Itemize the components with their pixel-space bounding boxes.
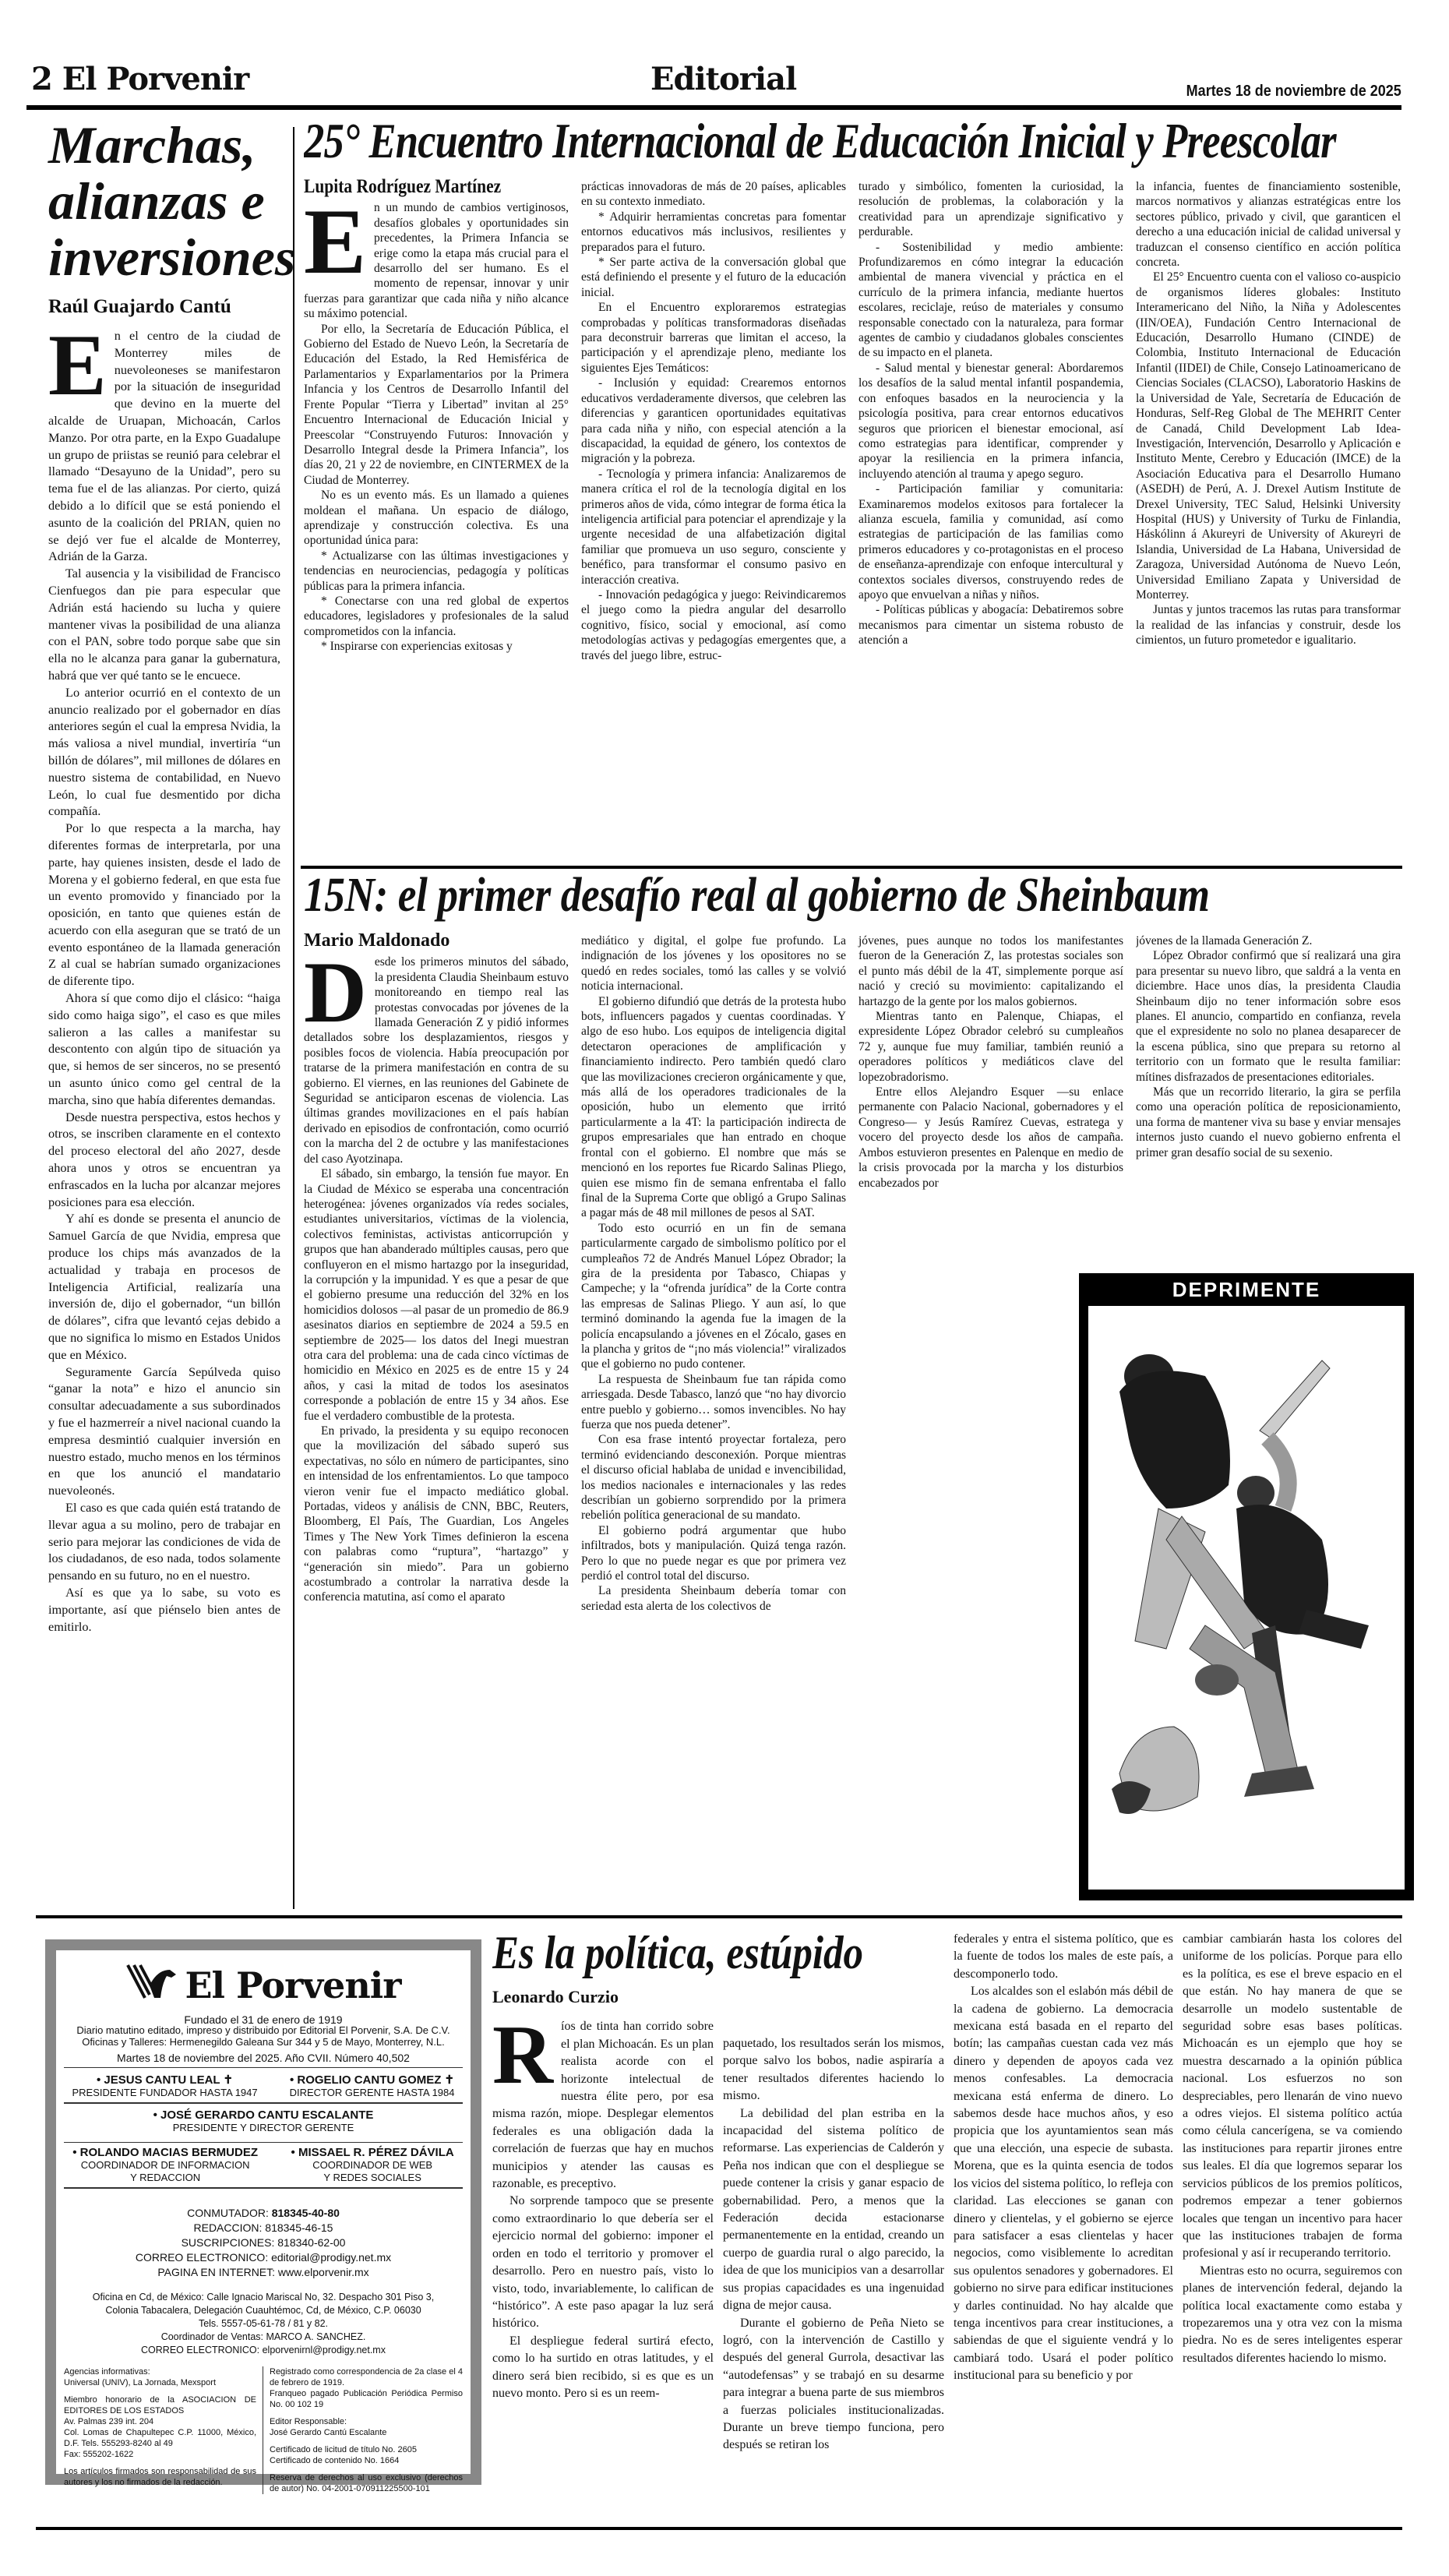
dropcap: D [304,959,367,1027]
fine-line: Col. Lomas de Chapultepec C.P. 11000, Mé… [64,2427,256,2449]
paragraph: Por lo que respecta a la marcha, hay dif… [48,820,280,990]
politica-col-3: federales y entra el sistema político, q… [954,1931,1173,2454]
fine-line: José Gerardo Cantú Escalante [270,2427,463,2438]
column-text: la infancia, fuentes de financiamiento s… [1136,179,1401,648]
article-marchas-author: Raúl Guajardo Cantú [48,296,280,318]
divider [64,2102,463,2104]
president-block: • JOSÉ GERARDO CANTU ESCALANTE PRESIDENT… [56,2108,471,2134]
fine-line: Registrado como correspondencia de 2a cl… [270,2366,463,2388]
15n-col-2: mediático y digital, el golpe fue profun… [581,933,846,1614]
fine-line: Fax: 555202-1622 [64,2449,256,2460]
dropcap: R [492,2023,553,2088]
masthead-rule [26,105,1401,110]
fine-line: Miembro honorario de la ASOCIACION DE ED… [64,2394,256,2416]
column-text: cambiar cambiarán hasta los colores del … [1183,1931,1402,2367]
coordinator-role: Y REDES SOCIALES [291,2172,454,2184]
column-text: jóvenes de la llamada Generación Z.López… [1136,933,1401,1160]
column-text: prácticas innovadoras de más de 20 paíse… [581,179,846,663]
article-politica: Es la política, estúpido Leonardo Curzio… [492,1925,1402,2548]
paragraph: Desde nuestra perspectiva, estos hechos … [48,1109,280,1211]
divider [64,2187,463,2189]
article-marchas-body: E n el centro de la ciudad de Monterrey … [48,327,280,1635]
directory-box: El Porvenir Fundado el 31 de enero de 19… [45,1939,481,2485]
article-15n-title: 15N: el primer desafío real al gobierno … [304,871,1249,919]
cdmx-line: Oficina en Cd, de México: Calle Ignacio … [56,2291,471,2304]
article-encuentro-columns: Lupita Rodríguez Martínez E n un mundo d… [304,179,1402,663]
fine-line: Agencias informativas: [64,2366,256,2377]
title-line: inversiones [48,229,280,285]
fine-line: Certificado de licitud de título No. 260… [270,2444,463,2455]
column-text: mediático y digital, el golpe fue profun… [581,933,846,1614]
encuentro-col-2: prácticas innovadoras de más de 20 paíse… [581,179,846,663]
fine-print-left: Agencias informativas: Universal (UNIV),… [64,2366,263,2494]
horse-logo-icon [126,1962,181,2010]
president-role: PRESIDENTE Y DIRECTOR GERENTE [56,2122,471,2134]
bottom-rule [36,2527,1402,2530]
article-15n-author: Mario Maldonado [304,933,569,948]
coordinator-role: COORDINADOR DE WEB [291,2159,454,2172]
politica-col-1: Leonardo Curzio R íos de tinta han corri… [492,1988,714,2454]
founder-role: DIRECTOR GERENTE HASTA 1984 [290,2087,455,2099]
encuentro-col-1: Lupita Rodríguez Martínez E n un mundo d… [304,179,569,663]
article-encuentro: 25° Encuentro Internacional de Educación… [304,117,1402,857]
15n-col-4: jóvenes de la llamada Generación Z.López… [1136,933,1401,1261]
directory-inner: El Porvenir Fundado el 31 de enero de 19… [56,1950,471,2474]
issue-line: Martes 18 de noviembre del 2025. Año CVI… [56,2052,471,2064]
paragraph: Así es que ya lo sabe, su voto es import… [48,1584,280,1635]
paragraph: Lo anterior ocurrió en el contexto de un… [48,684,280,820]
cartoon-box: DEPRIMENTE [1079,1273,1414,1900]
fine-print-right: Registrado como correspondencia de 2a cl… [263,2366,463,2494]
cdmx-line: Coordinador de Ventas: MARCO A. SANCHEZ. [56,2331,471,2344]
coordinator-name: • MISSAEL R. PÉREZ DÁVILA [291,2146,454,2159]
article-marchas: Marchas, alianzas e inversiones Raúl Gua… [48,117,280,1635]
title-line: Marchas, [48,117,280,173]
cdmx-office: Oficina en Cd, de México: Calle Ignacio … [56,2291,471,2357]
email-link[interactable]: CORREO ELECTRONICO: editorial@prodigy.ne… [56,2250,471,2265]
article-politica-columns: Es la política, estúpido Leonardo Curzio… [492,1925,1402,2454]
founder-name: • ROGELIO CANTU GOMEZ ✝ [290,2073,455,2087]
coordinator-2: • MISSAEL R. PÉREZ DÁVILA COORDINADOR DE… [291,2146,454,2184]
article-encuentro-title: 25° Encuentro Internacional de Educación… [304,117,1221,166]
fine-line: Franqueo pagado Publicación Periódica Pe… [270,2388,463,2410]
paragraph: Y ahí es donde se presenta el anuncio de… [48,1210,280,1363]
dropcap: E [48,332,107,400]
founder-name: • JESUS CANTU LEAL ✝ [72,2073,257,2087]
cdmx-email-link[interactable]: CORREO ELECTRONICO: elporvenirnl@prodigy… [56,2344,471,2357]
coordinator-name: • ROLANDO MACIAS BERMUDEZ [72,2146,258,2159]
15n-col-1: Mario Maldonado D esde los primeros minu… [304,933,569,1614]
conmutador-number: 818345-40-80 [272,2207,340,2219]
cdmx-line: Colonia Tabacalera, Delegación Cuauhtémo… [56,2304,471,2317]
divider [64,2142,463,2144]
column-text: turado y simbólico, fomenten la curiosid… [858,179,1123,648]
suscripciones-line: SUSCRIPCIONES: 818340-62-00 [56,2235,471,2250]
contacts-block: CONMUTADOR: 818345-40-80 REDACCION: 8183… [56,2206,471,2280]
politica-col-2: paquetado, los resultados serán los mism… [723,2035,944,2454]
cartoon-title: DEPRIMENTE [1088,1273,1405,1306]
directory-masthead-info: Fundado el 31 de enero de 1919 Diario ma… [56,2014,471,2064]
fine-print: Agencias informativas: Universal (UNIV),… [56,2366,471,2494]
fine-line: Certificado de contenido No. 1664 [270,2455,463,2466]
coordinator-role: Y REDACCION [72,2172,258,2184]
website-link[interactable]: PAGINA EN INTERNET: www.elporvenir.mx [56,2265,471,2280]
fine-line: Av. Palmas 239 int. 204 [64,2416,256,2427]
redaccion-line: REDACCION: 818345-46-15 [56,2221,471,2235]
politica-col-1-2: Es la política, estúpido Leonardo Curzio… [492,1925,944,2454]
founder-role: PRESIDENTE FUNDADOR HASTA 1947 [72,2087,257,2099]
publisher-line: Diario matutino editado, impreso y distr… [56,2025,471,2037]
column-text: federales y entra el sistema político, q… [954,1931,1173,2385]
column-text: esde los primeros minutos del sábado, la… [304,955,569,1604]
section-rule [36,1915,1402,1918]
paragraph: Tal ausencia y la visibilidad de Francis… [48,565,280,684]
article-encuentro-author: Lupita Rodríguez Martínez [304,179,531,194]
coordinator-role: COORDINADOR DE INFORMACION [72,2159,258,2172]
coordinator-1: • ROLANDO MACIAS BERMUDEZ COORDINADOR DE… [72,2146,258,2184]
article-marchas-title: Marchas, alianzas e inversiones [48,117,280,285]
dropcap: E [304,205,366,278]
divider [64,2067,463,2069]
politica-col-4: cambiar cambiarán hasta los colores del … [1183,1931,1402,2454]
fine-line: Los artículos firmados son responsabilid… [64,2466,256,2488]
fine-line: Universal (UNIV), La Jornada, Mexsport [64,2377,256,2388]
cdmx-line: Tels. 5557-05-61-78 / 81 y 82. [56,2317,471,2331]
encuentro-col-3: turado y simbólico, fomenten la curiosid… [858,179,1123,663]
paragraph: Seguramente García Sepúlveda quiso “gana… [48,1364,280,1499]
founder-2: • ROGELIO CANTU GOMEZ ✝ DIRECTOR GERENTE… [290,2073,455,2099]
paragraph: El caso es que cada quién está tratando … [48,1499,280,1584]
column-text: jóvenes, pues aunque no todos los manife… [858,933,1123,1191]
offices-line: Oficinas y Talleres: Hermenegildo Galean… [56,2037,471,2048]
coordinators-row: • ROLANDO MACIAS BERMUDEZ COORDINADOR DE… [56,2146,471,2184]
section-title: Editorial [650,61,796,97]
fine-line: Editor Responsable: [270,2416,463,2427]
article-politica-title: Es la política, estúpido [492,1929,876,1976]
directory-logo: El Porvenir [56,1950,471,2010]
page-label: 2 El Porvenir [31,61,249,97]
column-text: paquetado, los resultados serán los mism… [723,2035,944,2454]
directory-logo-text: El Porvenir [185,1964,401,2006]
section-rule [301,866,1402,869]
president-name: • JOSÉ GERARDO CANTU ESCALANTE [56,2108,471,2122]
paragraph: Ahora sí que como dijo el clásico: “haig… [48,990,280,1109]
title-line: alianzas e [48,173,280,229]
cartoon-illustration [1088,1306,1405,1890]
conmutador-line: CONMUTADOR: 818345-40-80 [56,2206,471,2221]
article-politica-author: Leonardo Curzio [492,1988,714,2006]
founded-date: Fundado el 31 de enero de 1919 [56,2014,471,2026]
fine-line: Reserva de derechos al uso exclusivo (de… [270,2472,463,2494]
encuentro-col-4: la infancia, fuentes de financiamiento s… [1136,179,1401,663]
riot-police-cartoon-icon [1088,1306,1405,1890]
conmutador-label: CONMUTADOR: [187,2207,272,2219]
founders-row: • JESUS CANTU LEAL ✝ PRESIDENTE FUNDADOR… [56,2073,471,2099]
issue-date: Martes 18 de noviembre de 2025 [1186,83,1401,101]
founder-1: • JESUS CANTU LEAL ✝ PRESIDENTE FUNDADOR… [72,2073,257,2099]
column-divider [293,127,294,1909]
